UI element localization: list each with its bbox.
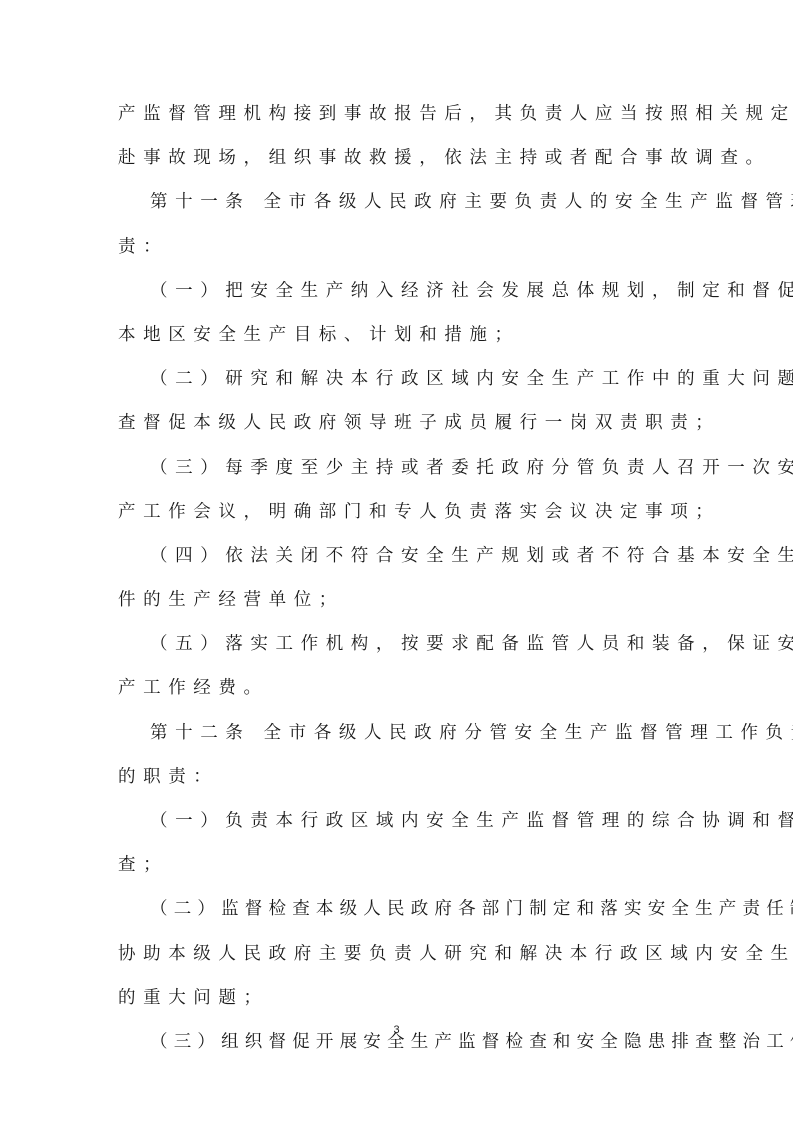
text-line: 赴事故现场，组织事故救援，依法主持或者配合事故调查。	[118, 136, 684, 180]
clause-item: （三）每季度至少主持或者委托政府分管负责人召开一次安全生	[118, 446, 684, 490]
clause-item: （四）依法关闭不符合安全生产规划或者不符合基本安全生产条	[118, 534, 684, 578]
text-line: 查督促本级人民政府领导班子成员履行一岗双责职责；	[118, 401, 684, 445]
article-12-heading: 第十二条 全市各级人民政府分管安全生产监督管理工作负责人	[118, 711, 684, 755]
clause-item: （二）研究和解决本行政区域内安全生产工作中的重大问题，检	[118, 357, 684, 401]
text-line: 件的生产经营单位；	[118, 578, 684, 622]
text-line: 本地区安全生产目标、计划和措施；	[118, 313, 684, 357]
clause-item: （五）落实工作机构，按要求配备监管人员和装备，保证安全生	[118, 622, 684, 666]
page-number: 3	[0, 1024, 793, 1036]
clause-item: （一）把安全生产纳入经济社会发展总体规划，制定和督促落实	[118, 269, 684, 313]
text-line: 的职责：	[118, 755, 684, 799]
text-line: 责：	[118, 225, 684, 269]
clause-item: （二）监督检查本级人民政府各部门制定和落实安全生产责任制，	[118, 887, 684, 931]
document-body: 产监督管理机构接到事故报告后，其负责人应当按照相关规定立即赶 赴事故现场，组织事…	[118, 92, 684, 1064]
text-line: 协助本级人民政府主要负责人研究和解决本行政区域内安全生产中	[118, 932, 684, 976]
clause-item: （一）负责本行政区域内安全生产监督管理的综合协调和督促检	[118, 799, 684, 843]
text-line: 产工作经费。	[118, 666, 684, 710]
article-11-heading: 第十一条 全市各级人民政府主要负责人的安全生产监督管理职	[118, 180, 684, 224]
text-line: 的重大问题；	[118, 976, 684, 1020]
text-line: 产监督管理机构接到事故报告后，其负责人应当按照相关规定立即赶	[118, 92, 684, 136]
text-line: 查；	[118, 843, 684, 887]
text-line: 产工作会议，明确部门和专人负责落实会议决定事项；	[118, 490, 684, 534]
document-page: 产监督管理机构接到事故报告后，其负责人应当按照相关规定立即赶 赴事故现场，组织事…	[0, 0, 793, 1122]
